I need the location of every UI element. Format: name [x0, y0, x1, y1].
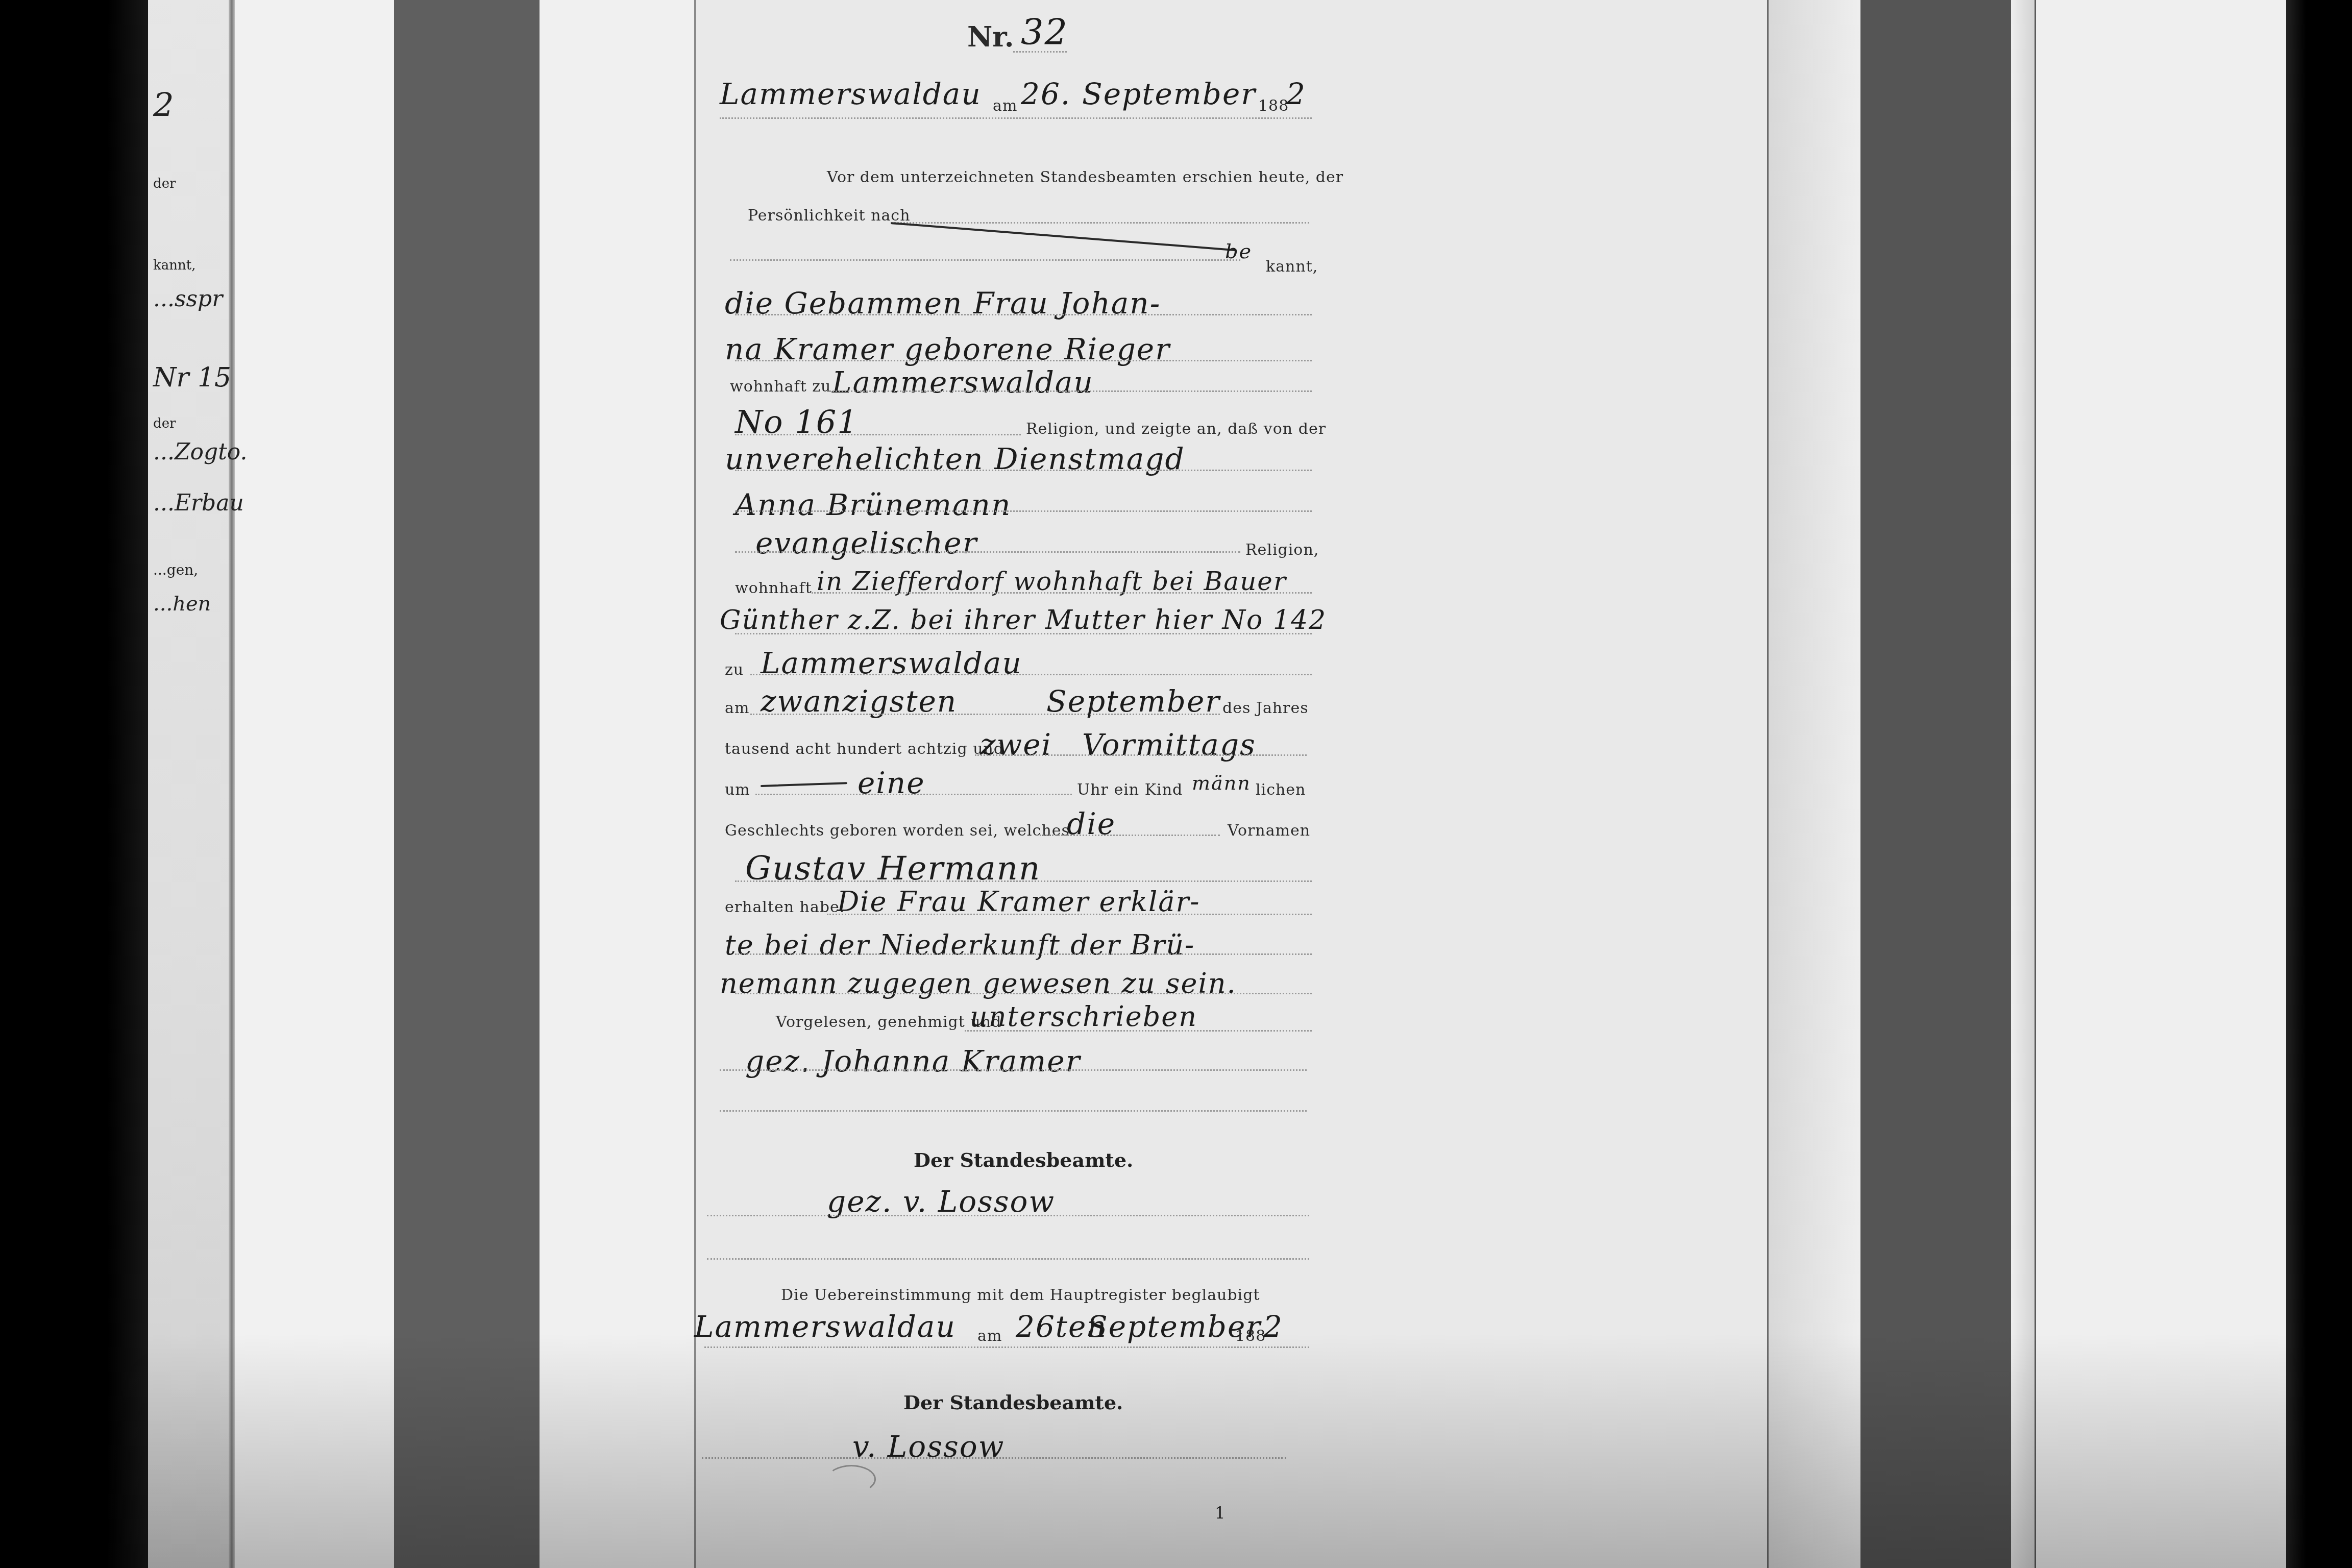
margin-mark: ...gen, — [153, 561, 198, 578]
mother-residence-2: Günther z.Z. bei ihrer Mutter hier No 14… — [720, 605, 1327, 635]
record-number-label: Nr. — [967, 20, 1014, 53]
certification-year-prefix: 188 — [1235, 1327, 1266, 1345]
margin-mark: ...Zogto. — [153, 439, 248, 465]
child-sex-print: lichen — [1256, 781, 1306, 799]
page-fold-left — [229, 0, 235, 1568]
blank-strip-right-1 — [1769, 0, 1860, 1568]
remark-line-1: Die Frau Kramer erklär- — [837, 886, 1200, 918]
blank-strip-right-2 — [2011, 0, 2036, 1568]
certification-year-suffix: 2 — [1263, 1309, 1283, 1344]
film-edge-left — [0, 0, 153, 1568]
remark-line-2: te bei der Niederkunft der Brü- — [725, 929, 1195, 961]
grey-divider-strip-right — [1860, 0, 2011, 1568]
margin-mark: ...Erbau — [153, 490, 244, 516]
religion-label: Religion, — [1245, 541, 1319, 559]
record-number: 32 — [1021, 11, 1068, 53]
birth-year-word: zwei — [980, 727, 1052, 762]
informant-residence: Lammerswaldau — [832, 365, 1094, 400]
birth-time-of-day: Vormittags — [1082, 727, 1256, 762]
margin-mark: kannt, — [153, 258, 195, 273]
remark-line-3: nemann zugegen gewesen zu sein. — [720, 967, 1237, 999]
wohnhaft-label: wohnhaft — [735, 579, 812, 597]
am-label-2: am — [725, 699, 749, 717]
des-jahres-label: des Jahres — [1222, 699, 1309, 717]
margin-mark: ...sspr — [153, 286, 223, 312]
year-suffix: 2 — [1286, 77, 1306, 111]
film-edge-right — [2286, 0, 2352, 1568]
year-prefix: 188 — [1258, 97, 1289, 115]
margin-mark: 2 — [153, 87, 174, 125]
unterschrieben-handwritten: unterschrieben — [970, 1000, 1197, 1033]
persoenlichkeit-label: Persönlichkeit nach — [748, 207, 910, 225]
mother-religion: evangelischer — [755, 526, 977, 560]
certification-text: Die Uebereinstimmung mit dem Hauptregist… — [781, 1286, 1260, 1304]
margin-mark: Nr 15 — [153, 362, 231, 393]
intro-text: Vor dem unterzeichneten Standesbeamten e… — [827, 168, 1343, 186]
margin-mark: ...hen — [153, 592, 211, 616]
margin-mark: der — [153, 416, 176, 431]
vornamen-label: Vornamen — [1228, 822, 1310, 840]
geschlechts-text: Geschlechts geboren worden sei, welches — [725, 822, 1070, 840]
tausend-text: tausend acht hundert achtzig und — [725, 740, 1004, 758]
registration-month: September — [1082, 77, 1256, 111]
bekannt-suffix: kannt, — [1266, 258, 1318, 276]
certification-place: Lammerswaldau — [694, 1309, 956, 1344]
registration-place: Lammerswaldau — [720, 77, 982, 111]
grey-divider-strip-left — [394, 0, 540, 1568]
registrar-signature-1: gez. v. Lossow — [827, 1184, 1055, 1219]
certification-am: am — [977, 1327, 1002, 1345]
am-label: am — [993, 97, 1017, 115]
previous-page-margin — [148, 0, 235, 1568]
registrar-heading-1: Der Standesbeamte. — [914, 1148, 1133, 1171]
informant-signature: gez. Johanna Kramer — [745, 1044, 1081, 1079]
registration-day: 26. — [1021, 77, 1071, 111]
wohnhaft-zu-label: wohnhaft zu — [730, 378, 831, 396]
mother-name: Anna Brünemann — [735, 487, 1011, 522]
registrar-heading-2: Der Standesbeamte. — [903, 1391, 1123, 1414]
zu-label: zu — [725, 661, 744, 679]
blank-strip-left-2 — [540, 0, 696, 1568]
margin-mark: der — [153, 176, 176, 191]
blank-strip-right-3 — [2036, 0, 2286, 1568]
seal-mark-icon — [827, 1465, 876, 1493]
page-number: 1 — [1215, 1503, 1225, 1523]
child-sex-handwritten: männ — [1192, 772, 1251, 794]
blank-strip-left-1 — [235, 0, 394, 1568]
religion-anzeige-text: Religion, und zeigte an, daß von der — [1026, 420, 1326, 438]
um-label: um — [725, 781, 750, 799]
vorgelesen-text: Vorgelesen, genehmigt und — [776, 1013, 1001, 1031]
uhr-kind-text: Uhr ein Kind — [1077, 781, 1183, 799]
